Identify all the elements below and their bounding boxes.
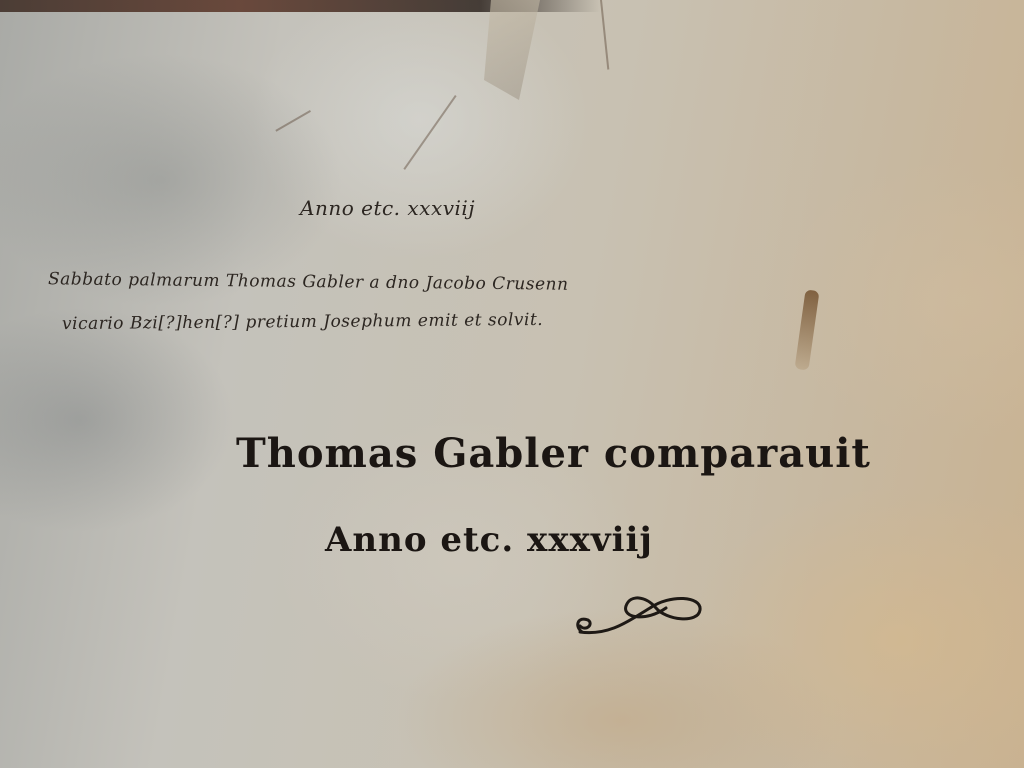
- vellum-page: [0, 0, 1024, 768]
- note-heading: Anno etc. xxxviij: [300, 196, 475, 220]
- inscription-line-2: Anno etc. xxxviij: [325, 520, 653, 560]
- paraph-flourish-icon: [570, 580, 720, 650]
- note-line-2: vicario Bzi[?]hen[?] pretium Josephum em…: [62, 310, 543, 334]
- inscription-line-1: Thomas Gabler comparauit: [236, 430, 871, 477]
